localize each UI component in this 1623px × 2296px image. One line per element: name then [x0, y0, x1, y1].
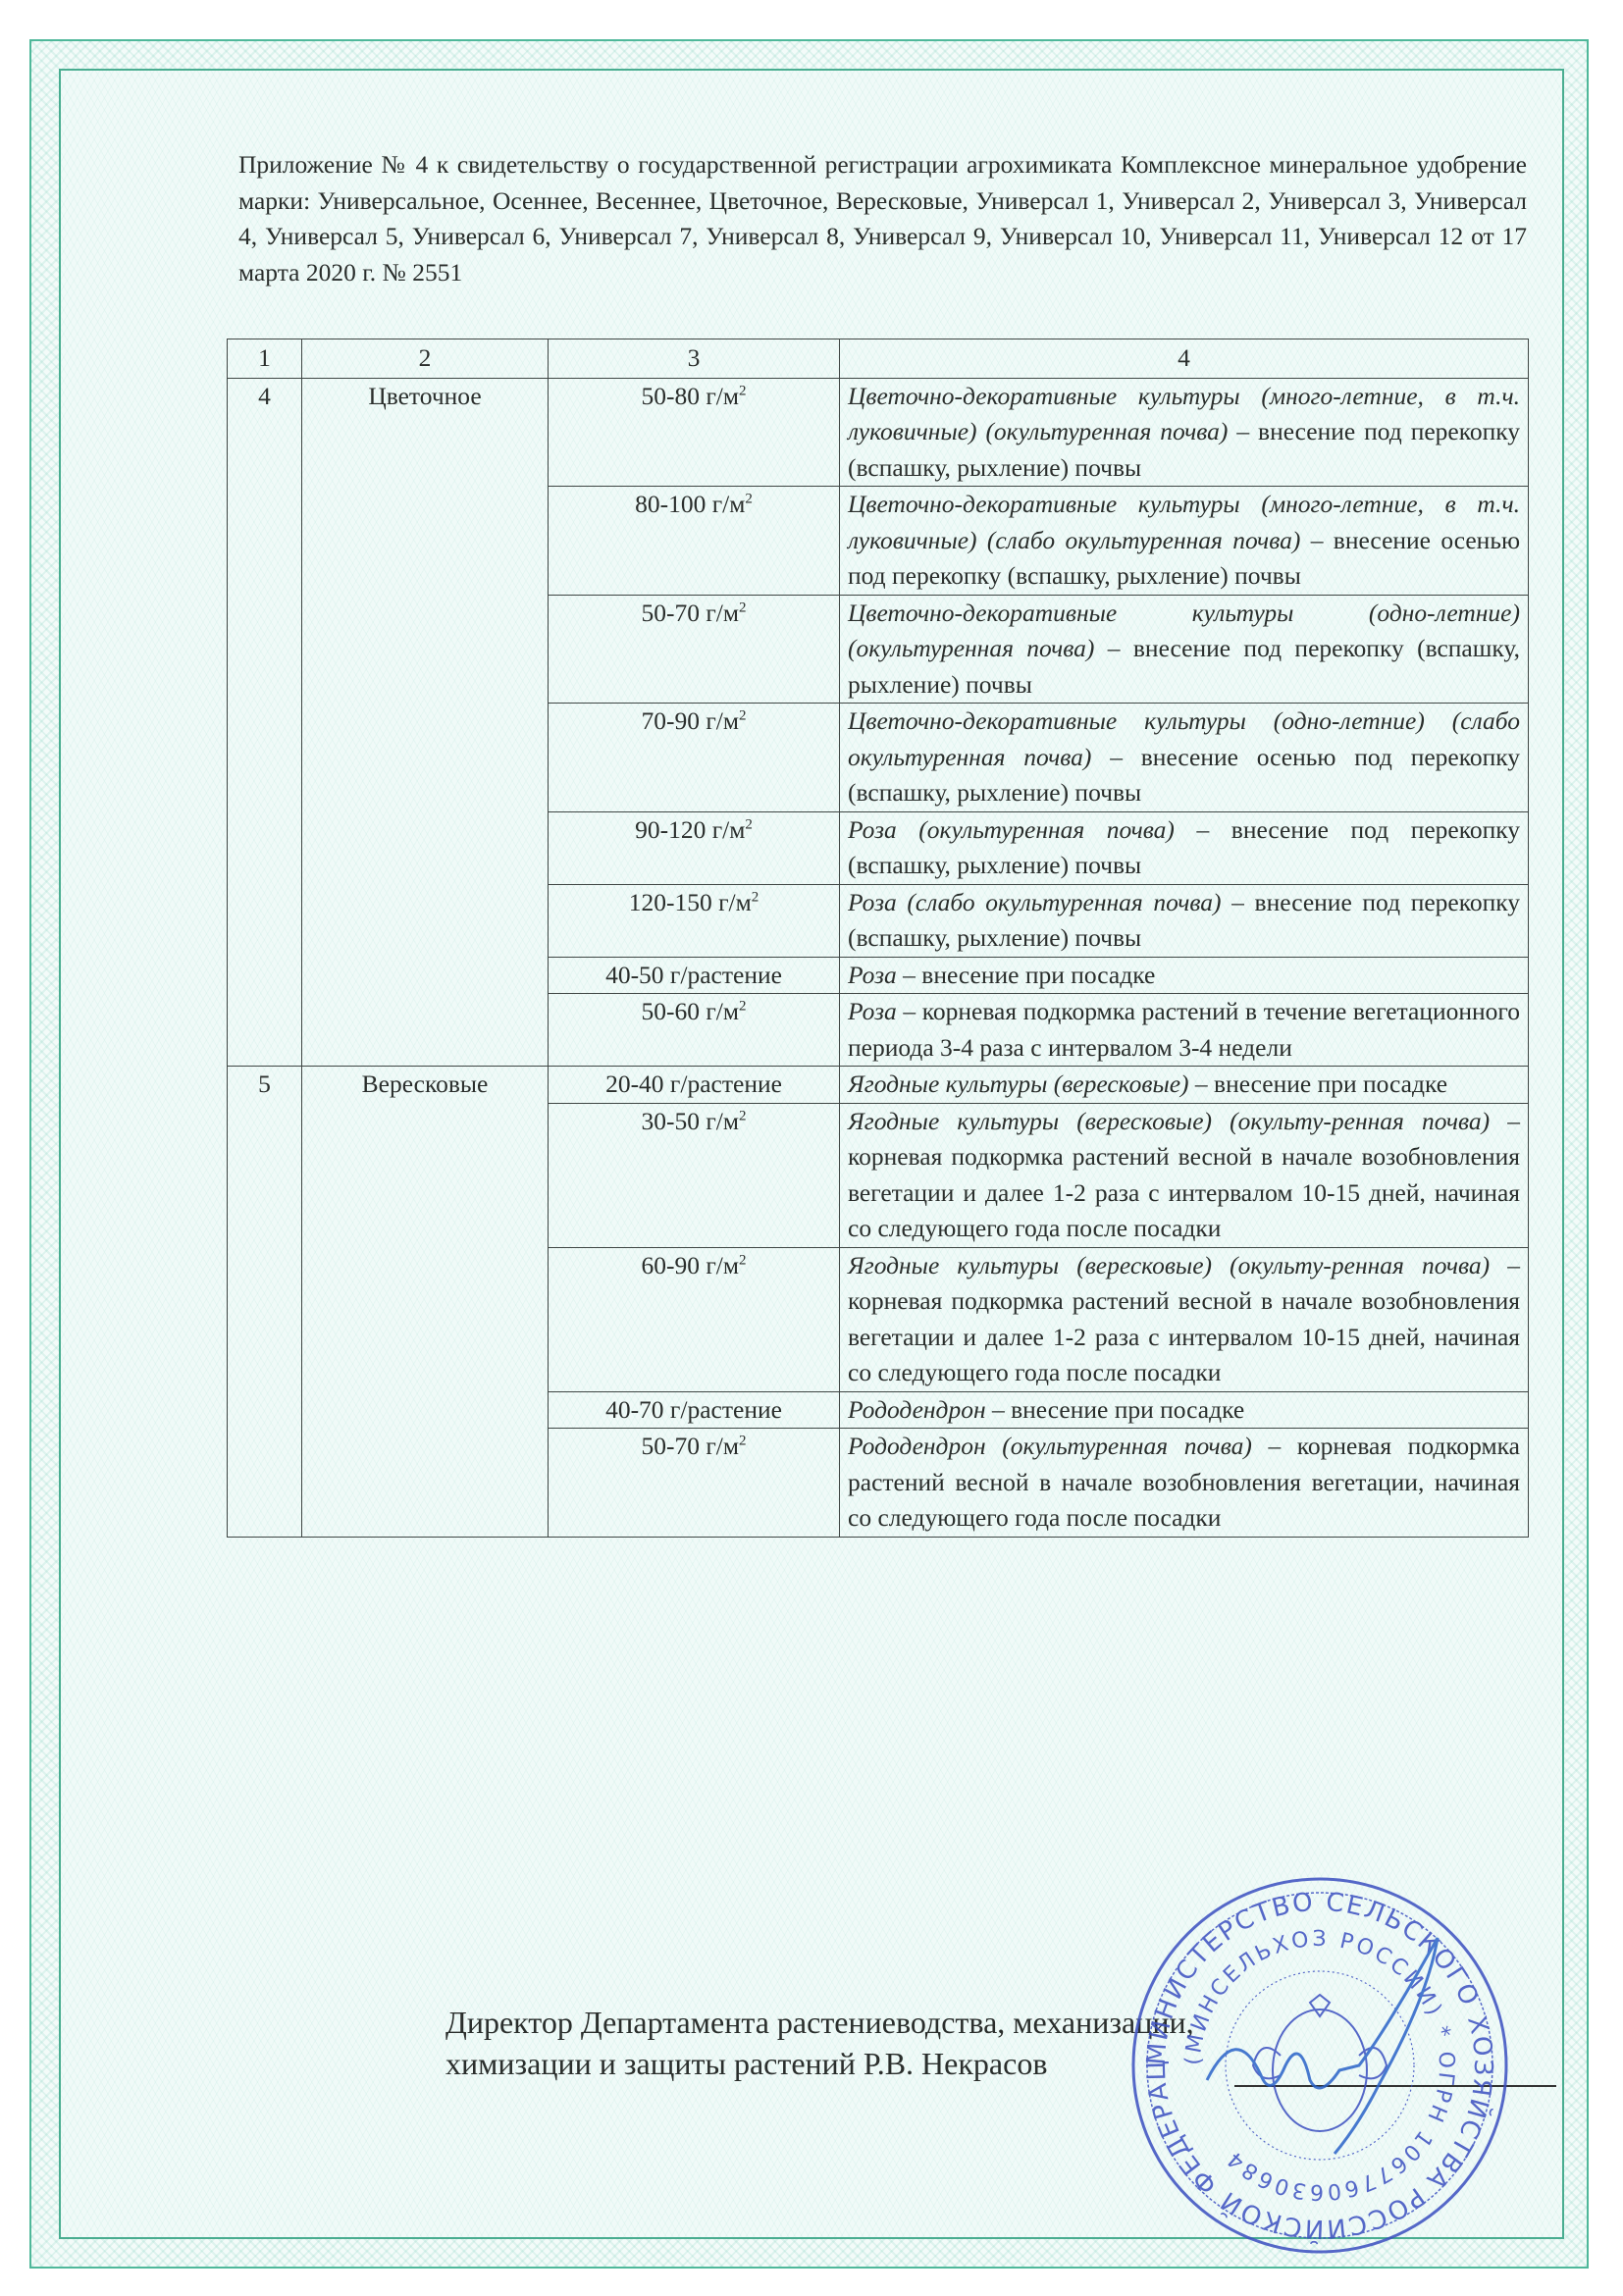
rate-value: 70-90 г/м	[641, 706, 739, 735]
application-rate: 90-120 г/м2	[549, 811, 840, 884]
official-seal-icon: МИНИСТЕРСТВО СЕЛЬСКОГО ХОЗЯЙСТВА РОССИЙС…	[1124, 1869, 1516, 2262]
table-row: 5Вересковые20-40 г/растениеЯгодные культ…	[228, 1067, 1529, 1104]
column-header: 2	[302, 339, 549, 379]
unit-exponent: 2	[739, 1252, 747, 1268]
crop-and-method: Роза – корневая подкормка растений в теч…	[840, 994, 1529, 1067]
application-rate: 50-80 г/м2	[549, 378, 840, 487]
application-rates-table: 1 2 3 4 4Цветочное50-80 г/м2Цветочно-дек…	[227, 339, 1529, 1538]
crop-name: Рододендрон (окультуренная почва)	[848, 1432, 1252, 1460]
column-header: 1	[228, 339, 302, 379]
signatory-name: химизации и защиты растений Р.В. Некрасо…	[445, 2043, 1194, 2084]
crop-name: Роза (окультуренная почва)	[848, 815, 1175, 844]
application-rate: 60-90 г/м2	[549, 1247, 840, 1391]
unit-exponent: 2	[739, 1434, 747, 1449]
crop-name: Роза (слабо окультуренная почва)	[848, 888, 1222, 916]
rate-value: 80-100 г/м	[635, 490, 745, 518]
column-header: 3	[549, 339, 840, 379]
application-method: – внесение при посадке	[986, 1395, 1245, 1424]
unit-exponent: 2	[739, 383, 747, 398]
rate-value: 40-50 г/растение	[605, 961, 782, 989]
crop-and-method: Роза (слабо окультуренная почва) – внесе…	[840, 884, 1529, 957]
table-body: 4Цветочное50-80 г/м2Цветочно-декоративны…	[228, 378, 1529, 1537]
crop-and-method: Цветочно-декоративные культуры (много-ле…	[840, 487, 1529, 596]
signatory-title: Директор Департамента растениеводства, м…	[445, 2002, 1194, 2043]
crop-name: Ягодные культуры (вересковые) (окульту-р…	[848, 1107, 1490, 1135]
application-rate: 40-50 г/растение	[549, 957, 840, 994]
unit-exponent: 2	[752, 889, 759, 905]
unit-exponent: 2	[745, 492, 753, 507]
rate-value: 50-60 г/м	[641, 997, 739, 1025]
rate-value: 90-120 г/м	[635, 815, 745, 844]
application-rate: 120-150 г/м2	[549, 884, 840, 957]
unit-exponent: 2	[739, 1108, 747, 1123]
rate-value: 50-70 г/м	[641, 1432, 739, 1460]
fertilizer-brand: Цветочное	[302, 378, 549, 1067]
fertilizer-brand: Вересковые	[302, 1067, 549, 1538]
crop-and-method: Ягодные культуры (вересковые) (окульту-р…	[840, 1247, 1529, 1391]
crop-name: Роза	[848, 997, 897, 1025]
crop-and-method: Цветочно-декоративные культуры (много-ле…	[840, 378, 1529, 487]
application-rate: 70-90 г/м2	[549, 704, 840, 812]
crop-name: Ягодные культуры (вересковые)	[848, 1070, 1189, 1098]
rate-value: 20-40 г/растение	[605, 1070, 782, 1098]
rate-value: 120-150 г/м	[629, 888, 752, 916]
rate-value: 50-70 г/м	[641, 599, 739, 627]
rate-value: 60-90 г/м	[641, 1251, 739, 1279]
crop-and-method: Рододендрон (окультуренная почва) – корн…	[840, 1429, 1529, 1538]
crop-and-method: Роза (окультуренная почва) – внесение по…	[840, 811, 1529, 884]
rate-value: 40-70 г/растение	[605, 1395, 782, 1424]
crop-name: Ягодные культуры (вересковые) (окульту-р…	[848, 1251, 1490, 1279]
table-row: 4Цветочное50-80 г/м2Цветочно-декоративны…	[228, 378, 1529, 487]
application-method: – корневая подкормка растений в течение …	[848, 997, 1520, 1062]
unit-exponent: 2	[745, 816, 753, 832]
application-method: – внесение при посадке	[897, 961, 1156, 989]
application-rate: 20-40 г/растение	[549, 1067, 840, 1104]
unit-exponent: 2	[739, 708, 747, 724]
item-number: 5	[228, 1067, 302, 1538]
crop-and-method: Ягодные культуры (вересковые) – внесение…	[840, 1067, 1529, 1104]
unit-exponent: 2	[739, 999, 747, 1015]
crop-and-method: Цветочно-декоративные культуры (одно-лет…	[840, 704, 1529, 812]
application-rate: 50-60 г/м2	[549, 994, 840, 1067]
application-rate: 50-70 г/м2	[549, 1429, 840, 1538]
column-header: 4	[840, 339, 1529, 379]
application-rate: 80-100 г/м2	[549, 487, 840, 596]
rate-value: 50-80 г/м	[641, 382, 739, 410]
crop-and-method: Цветочно-декоративные культуры (одно-лет…	[840, 595, 1529, 704]
crop-and-method: Рододендрон – внесение при посадке	[840, 1391, 1529, 1429]
application-rate: 30-50 г/м2	[549, 1103, 840, 1247]
crop-and-method: Ягодные культуры (вересковые) (окульту-р…	[840, 1103, 1529, 1247]
appendix-heading: Приложение № 4 к свидетельству о государ…	[238, 147, 1527, 290]
signature-block: Директор Департамента растениеводства, м…	[445, 2002, 1194, 2084]
crop-and-method: Роза – внесение при посадке	[840, 957, 1529, 994]
item-number: 4	[228, 378, 302, 1067]
rate-value: 30-50 г/м	[641, 1107, 739, 1135]
unit-exponent: 2	[739, 600, 747, 615]
crop-name: Рододендрон	[848, 1395, 986, 1424]
application-rate: 40-70 г/растение	[549, 1391, 840, 1429]
application-method: – внесение при посадке	[1189, 1070, 1448, 1098]
application-rate: 50-70 г/м2	[549, 595, 840, 704]
crop-name: Роза	[848, 961, 897, 989]
column-number-row: 1 2 3 4	[228, 339, 1529, 379]
svg-text:(МИНСЕЛЬХОЗ РОССИИ) * ОГРН 106: (МИНСЕЛЬХОЗ РОССИИ) * ОГРН 1067760630684	[1181, 1927, 1458, 2204]
